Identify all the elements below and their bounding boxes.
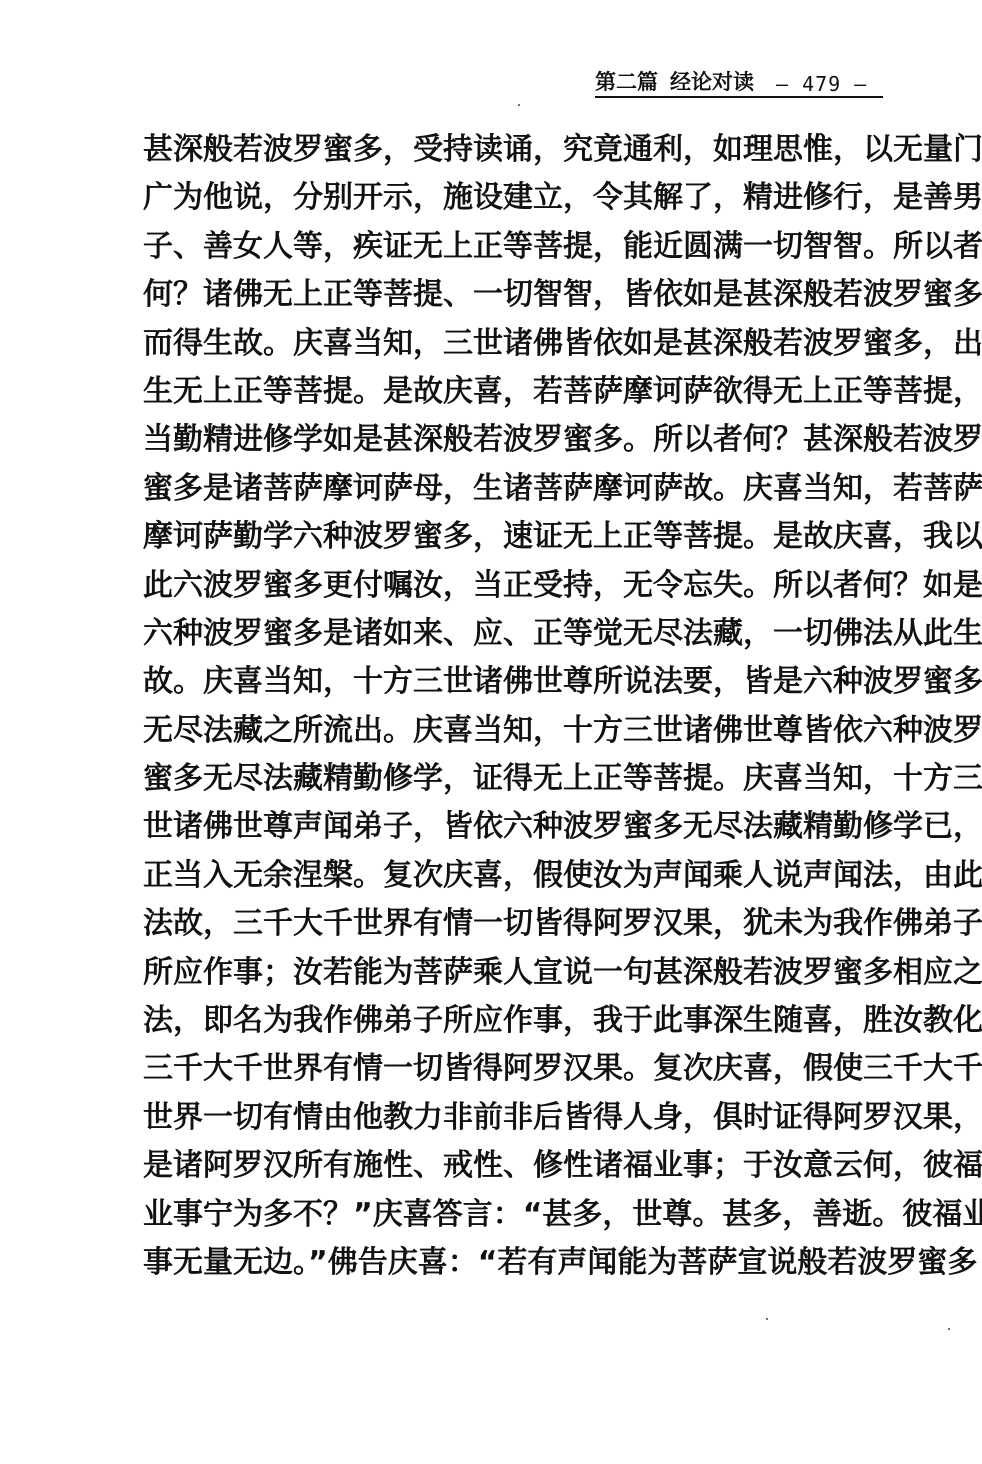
text-line: 摩诃萨勤学六种波罗蜜多，速证无上正等菩提。是故庆喜，我以 <box>143 513 888 561</box>
scan-speck <box>766 1318 768 1320</box>
text-line: 世诸佛世尊声闻弟子，皆依六种波罗蜜多无尽法藏精勤修学已， <box>143 803 888 851</box>
text-line: 业事宁为多不？”庆喜答言：“甚多，世尊。甚多，善逝。彼福业 <box>143 1191 888 1239</box>
text-line: 而得生故。庆喜当知，三世诸佛皆依如是甚深般若波罗蜜多，出 <box>143 320 888 368</box>
running-header: 第二篇 经论对读 — 479 — <box>595 66 885 96</box>
section-label: 第二篇 <box>595 66 658 96</box>
text-line: 三千大千世界有情一切皆得阿罗汉果。复次庆喜，假使三千大千 <box>143 1045 888 1093</box>
text-line: 当勤精进修学如是甚深般若波罗蜜多。所以者何？甚深般若波罗 <box>143 416 888 464</box>
text-line: 蜜多是诸菩萨摩诃萨母，生诸菩萨摩诃萨故。庆喜当知，若菩萨 <box>143 465 888 513</box>
text-line: 是诸阿罗汉所有施性、戒性、修性诸福业事；于汝意云何，彼福 <box>143 1142 888 1190</box>
text-line: 法，即名为我作佛弟子所应作事，我于此事深生随喜，胜汝教化 <box>143 997 888 1045</box>
text-line: 子、善女人等，疾证无上正等菩提，能近圆满一切智智。所以者 <box>143 223 888 271</box>
text-line: 无尽法藏之所流出。庆喜当知，十方三世诸佛世尊皆依六种波罗 <box>143 707 888 755</box>
text-line: 所应作事；汝若能为菩萨乘人宣说一句甚深般若波罗蜜多相应之 <box>143 949 888 997</box>
text-line: 法故，三千大千世界有情一切皆得阿罗汉果，犹未为我作佛弟子 <box>143 900 888 948</box>
text-line: 世界一切有情由他教力非前非后皆得人身，俱时证得阿罗汉果， <box>143 1094 888 1142</box>
text-line: 此六波罗蜜多更付嘱汝，当正受持，无令忘失。所以者何？如是 <box>143 562 888 610</box>
text-line: 事无量无边。”佛告庆喜：“若有声闻能为菩萨宣说般若波罗蜜多 <box>143 1239 888 1287</box>
scan-speck <box>518 104 520 106</box>
body-text: 甚深般若波罗蜜多，受持读诵，究竟通利，如理思惟，以无量门 广为他说，分别开示，施… <box>143 126 888 1287</box>
text-line: 六种波罗蜜多是诸如来、应、正等觉无尽法藏，一切佛法从此生 <box>143 610 888 658</box>
text-line: 生无上正等菩提。是故庆喜，若菩萨摩诃萨欲得无上正等菩提， <box>143 368 888 416</box>
text-line: 广为他说，分别开示，施设建立，令其解了，精进修行，是善男 <box>143 174 888 222</box>
text-line: 甚深般若波罗蜜多，受持读诵，究竟通利，如理思惟，以无量门 <box>143 126 888 174</box>
header-rule <box>595 96 883 98</box>
text-line: 正当入无余涅槃。复次庆喜，假使汝为声闻乘人说声闻法，由此 <box>143 852 888 900</box>
text-line: 何？诸佛无上正等菩提、一切智智，皆依如是甚深般若波罗蜜多 <box>143 271 888 319</box>
book-page: 第二篇 经论对读 — 479 — 甚深般若波罗蜜多，受持读诵，究竟通利，如理思惟… <box>0 0 982 1464</box>
scan-speck <box>948 1328 950 1330</box>
page-number: — 479 — <box>776 72 867 96</box>
chapter-title: 经论对读 <box>670 66 754 96</box>
text-line: 蜜多无尽法藏精勤修学，证得无上正等菩提。庆喜当知，十方三 <box>143 755 888 803</box>
text-line: 故。庆喜当知，十方三世诸佛世尊所说法要，皆是六种波罗蜜多 <box>143 658 888 706</box>
